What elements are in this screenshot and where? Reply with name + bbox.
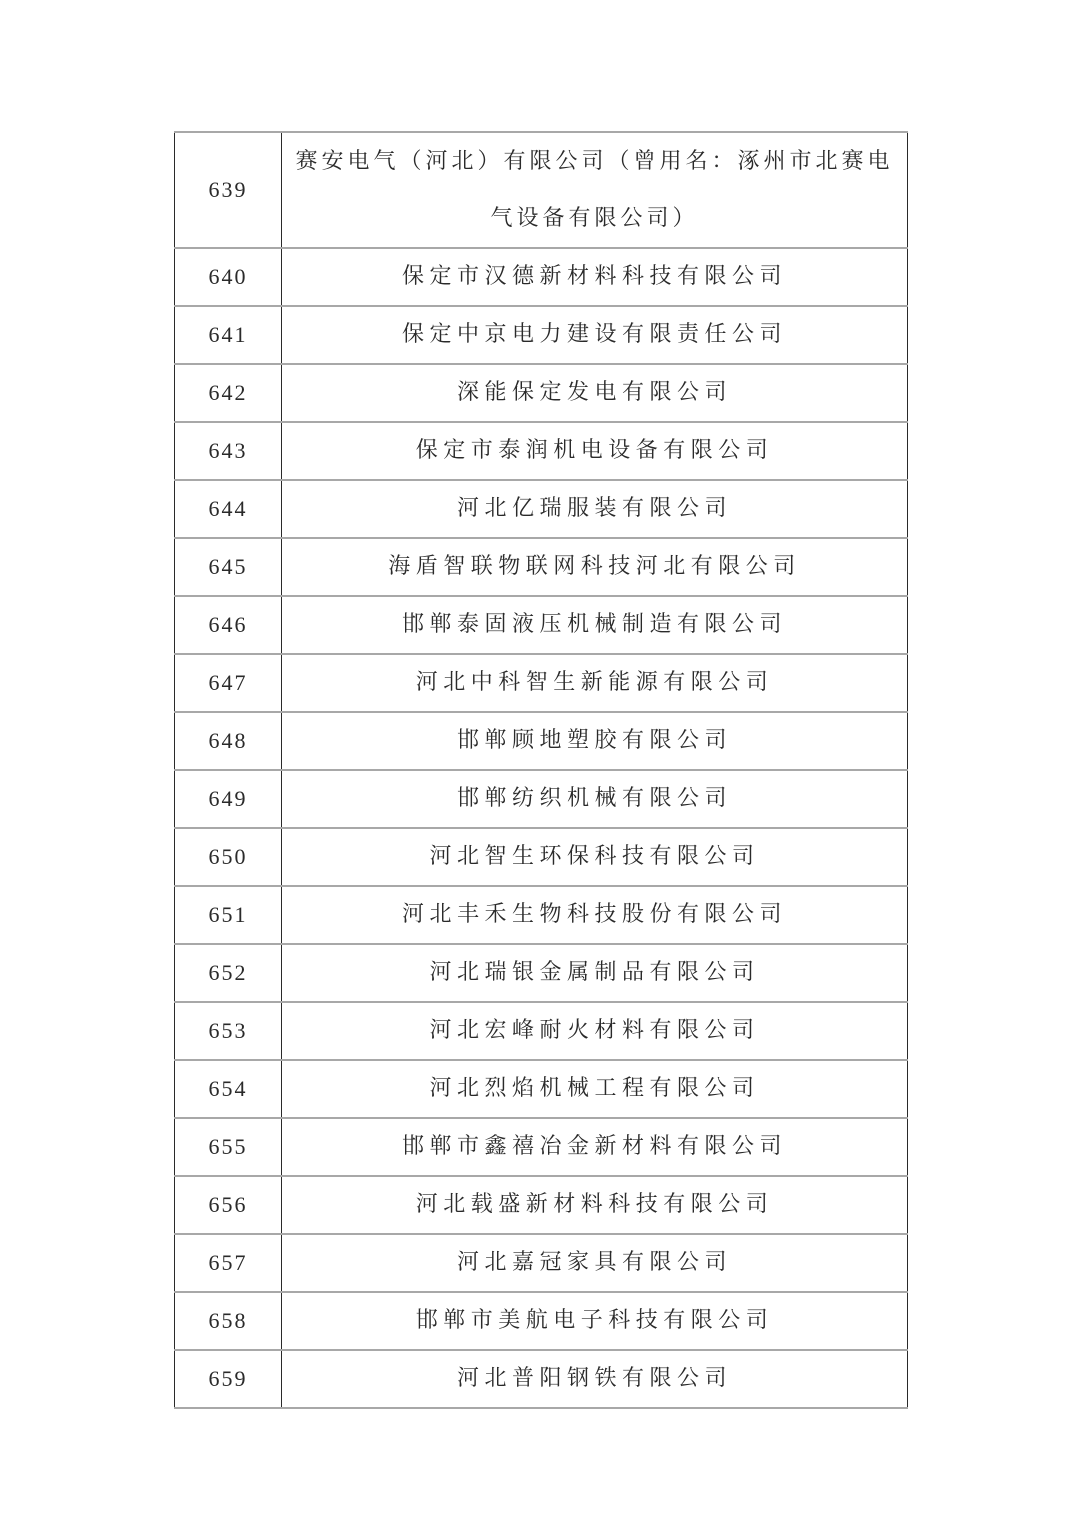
company-name: 保定中京电力建设有限责任公司 [282,306,908,364]
company-name: 邯郸纺织机械有限公司 [282,770,908,828]
table-row: 645 海盾智联物联网科技河北有限公司 [175,538,908,596]
row-index: 639 [175,132,282,248]
row-index: 647 [175,654,282,712]
company-name: 邯郸市鑫禧冶金新材料有限公司 [282,1118,908,1176]
table-row: 651 河北丰禾生物科技股份有限公司 [175,886,908,944]
row-index: 645 [175,538,282,596]
row-index: 641 [175,306,282,364]
table-row: 639 赛安电气（河北）有限公司（曾用名：涿州市北赛电气设备有限公司） [175,132,908,248]
table-row: 658 邯郸市美航电子科技有限公司 [175,1292,908,1350]
row-index: 644 [175,480,282,538]
table-row: 655 邯郸市鑫禧冶金新材料有限公司 [175,1118,908,1176]
company-name: 保定市汉德新材料科技有限公司 [282,248,908,306]
company-list-table: 639 赛安电气（河北）有限公司（曾用名：涿州市北赛电气设备有限公司） 640 … [174,131,908,1409]
company-name: 河北丰禾生物科技股份有限公司 [282,886,908,944]
row-index: 649 [175,770,282,828]
row-index: 646 [175,596,282,654]
table-row: 641 保定中京电力建设有限责任公司 [175,306,908,364]
row-index: 653 [175,1002,282,1060]
company-name: 河北智生环保科技有限公司 [282,828,908,886]
table-row: 640 保定市汉德新材料科技有限公司 [175,248,908,306]
document-page: 639 赛安电气（河北）有限公司（曾用名：涿州市北赛电气设备有限公司） 640 … [0,0,1080,1527]
table-row: 649 邯郸纺织机械有限公司 [175,770,908,828]
company-name: 海盾智联物联网科技河北有限公司 [282,538,908,596]
row-index: 659 [175,1350,282,1408]
table-row: 647 河北中科智生新能源有限公司 [175,654,908,712]
company-name: 邯郸顾地塑胶有限公司 [282,712,908,770]
row-index: 658 [175,1292,282,1350]
row-index: 656 [175,1176,282,1234]
company-name: 邯郸市美航电子科技有限公司 [282,1292,908,1350]
table-row: 644 河北亿瑞服装有限公司 [175,480,908,538]
row-index: 640 [175,248,282,306]
company-name: 河北载盛新材料科技有限公司 [282,1176,908,1234]
table-row: 656 河北载盛新材料科技有限公司 [175,1176,908,1234]
company-name: 河北亿瑞服装有限公司 [282,480,908,538]
table-row: 646 邯郸泰固液压机械制造有限公司 [175,596,908,654]
row-index: 652 [175,944,282,1002]
row-index: 650 [175,828,282,886]
company-name: 河北瑞银金属制品有限公司 [282,944,908,1002]
company-name: 河北烈焰机械工程有限公司 [282,1060,908,1118]
table-row: 659 河北普阳钢铁有限公司 [175,1350,908,1408]
table-row: 648 邯郸顾地塑胶有限公司 [175,712,908,770]
table-row: 654 河北烈焰机械工程有限公司 [175,1060,908,1118]
table-row: 653 河北宏峰耐火材料有限公司 [175,1002,908,1060]
table-row: 652 河北瑞银金属制品有限公司 [175,944,908,1002]
company-name: 保定市泰润机电设备有限公司 [282,422,908,480]
company-name: 深能保定发电有限公司 [282,364,908,422]
company-name: 赛安电气（河北）有限公司（曾用名：涿州市北赛电气设备有限公司） [282,132,908,248]
row-index: 657 [175,1234,282,1292]
company-name: 河北宏峰耐火材料有限公司 [282,1002,908,1060]
row-index: 655 [175,1118,282,1176]
row-index: 654 [175,1060,282,1118]
row-index: 643 [175,422,282,480]
table-row: 657 河北嘉冠家具有限公司 [175,1234,908,1292]
company-name: 河北中科智生新能源有限公司 [282,654,908,712]
row-index: 642 [175,364,282,422]
company-name: 河北嘉冠家具有限公司 [282,1234,908,1292]
row-index: 648 [175,712,282,770]
row-index: 651 [175,886,282,944]
company-name: 邯郸泰固液压机械制造有限公司 [282,596,908,654]
company-name: 河北普阳钢铁有限公司 [282,1350,908,1408]
table-row: 643 保定市泰润机电设备有限公司 [175,422,908,480]
table-row: 650 河北智生环保科技有限公司 [175,828,908,886]
table-row: 642 深能保定发电有限公司 [175,364,908,422]
